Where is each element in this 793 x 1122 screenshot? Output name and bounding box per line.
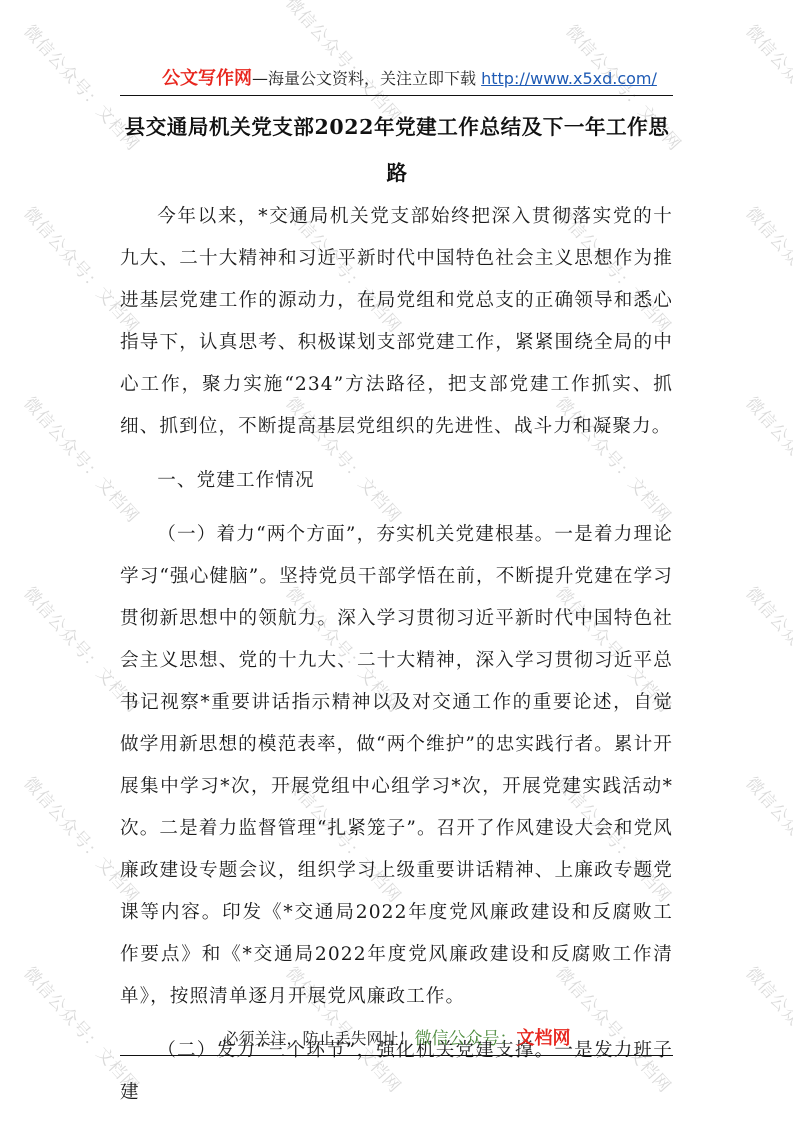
page-header: 公文写作网—海量公文资料，关注立即下载 http://www.x5xd.com/ xyxy=(120,66,673,96)
document-page: 微信公众号：文档网 微信公众号：文档网 微信公众号：文档网 微信公众号：文档网 … xyxy=(0,0,793,1122)
title-line-1: 县交通局机关党支部2022年党建工作总结及下一年工作思 xyxy=(112,104,682,150)
subsection-paragraph: （一）着力“两个方面”，夯实机关党建根基。一是着力理论学习“强心健脑”。坚持党员… xyxy=(120,514,673,1018)
watermark: 微信公众号：文档网 xyxy=(741,200,793,337)
watermark: 微信公众号：文档网 xyxy=(741,770,793,907)
header-slogan: —海量公文资料，关注立即下载 xyxy=(252,69,481,88)
watermark: 微信公众号：文档网 xyxy=(741,960,793,1097)
section-heading: 一、党建工作情况 xyxy=(120,460,673,502)
page-footer: 必须关注，防止丢失网址！微信公众号：文档网 xyxy=(120,1026,673,1052)
document-title: 县交通局机关党支部2022年党建工作总结及下一年工作思 路 xyxy=(112,104,682,196)
header-divider xyxy=(120,95,673,96)
header-banner: 公文写作网—海量公文资料，关注立即下载 http://www.x5xd.com/ xyxy=(162,66,657,92)
intro-paragraph: 今年以来，*交通局机关党支部始终把深入贯彻落实党的十九大、二十大精神和习近平新时… xyxy=(120,196,673,448)
wechat-label: 微信公众号： xyxy=(415,1029,517,1049)
footer-notice: 必须关注，防止丢失网址！ xyxy=(222,1029,414,1048)
footer-divider xyxy=(120,1055,673,1056)
watermark: 微信公众号：文档网 xyxy=(741,18,793,155)
footer-site-name: 文档网 xyxy=(517,1028,571,1049)
watermark: 微信公众号：文档网 xyxy=(741,580,793,717)
brand-name: 公文写作网 xyxy=(162,68,252,89)
watermark: 微信公众号：文档网 xyxy=(741,390,793,527)
title-line-2: 路 xyxy=(112,150,682,196)
website-link[interactable]: http://www.x5xd.com/ xyxy=(481,69,657,88)
document-body: 今年以来，*交通局机关党支部始终把深入贯彻落实党的十九大、二十大精神和习近平新时… xyxy=(120,196,673,1114)
